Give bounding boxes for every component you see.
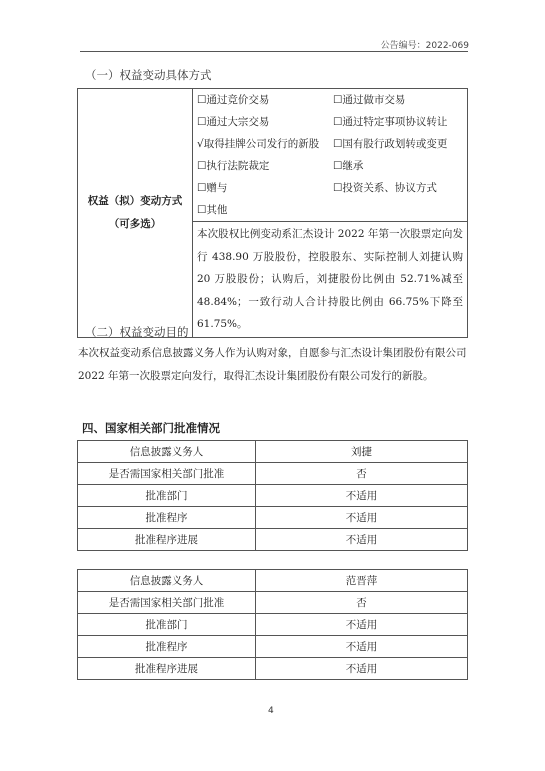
table-row: 是否需国家相关部门批准否	[78, 592, 468, 614]
row-value: 不适用	[256, 636, 468, 658]
change-description: 本次股权比例变动系汇杰设计 2022 年第一次股票定向发行 438.90 万股股…	[193, 222, 468, 338]
option-block-trade[interactable]: ☐通过大宗交易	[197, 111, 333, 133]
checkmark-icon: √	[197, 138, 204, 150]
table-row: 批准程序不适用	[78, 636, 468, 658]
row-key: 信息披露义务人	[78, 441, 256, 463]
row-key: 批准程序进展	[78, 658, 256, 680]
table-row: 批准程序进展不适用	[78, 529, 468, 551]
change-method-label: 权益（拟）变动方式 （可多选）	[78, 89, 193, 338]
row-key: 批准程序	[78, 507, 256, 529]
section-2-title: （二）权益变动目的	[85, 324, 189, 340]
option-label: 通过特定事项协议转让	[342, 116, 447, 128]
option-label: 其他	[206, 204, 227, 216]
row-key: 批准程序进展	[78, 529, 256, 551]
checkbox-icon: ☐	[333, 94, 342, 106]
label-line-1: 权益（拟）变动方式	[79, 190, 191, 213]
section-4-title: 四、国家相关部门批准情况	[82, 420, 220, 436]
checkbox-icon: ☐	[197, 94, 206, 106]
option-label: 取得挂牌公司发行的新股	[204, 138, 320, 150]
option-label: 通过大宗交易	[206, 116, 269, 128]
row-value: 不适用	[256, 507, 468, 529]
row-value: 不适用	[256, 658, 468, 680]
table-row: 批准程序不适用	[78, 507, 468, 529]
checkbox-icon: ☐	[333, 182, 342, 194]
row-key: 信息披露义务人	[78, 570, 256, 592]
page-number: 4	[268, 706, 274, 716]
checkbox-icon: ☐	[333, 160, 342, 172]
header-divider	[80, 51, 468, 52]
option-label: 继承	[342, 160, 363, 172]
option-new-shares[interactable]: √取得挂牌公司发行的新股	[197, 133, 333, 155]
label-line-2: （可多选）	[79, 213, 191, 236]
approval-table-liu-jie: 信息披露义务人刘捷 是否需国家相关部门批准否 批准部门不适用 批准程序不适用 批…	[77, 440, 468, 551]
row-value: 否	[256, 592, 468, 614]
row-key: 批准部门	[78, 614, 256, 636]
checkbox-icon: ☐	[197, 160, 206, 172]
option-agreement-transfer[interactable]: ☐通过特定事项协议转让	[333, 111, 463, 133]
announcement-id: 公告编号：2022-069	[381, 38, 469, 51]
option-state-transfer[interactable]: ☐国有股行政划转或变更	[333, 133, 463, 155]
option-gift[interactable]: ☐赠与	[197, 177, 333, 199]
table-row: 批准程序进展不适用	[78, 658, 468, 680]
section-2-body: 本次权益变动系信息披露义务人作为认购对象，自愿参与汇杰设计集团股份有限公司 20…	[78, 342, 470, 388]
row-value: 不适用	[256, 614, 468, 636]
table-row: 批准部门不适用	[78, 614, 468, 636]
option-court-ruling[interactable]: ☐执行法院裁定	[197, 155, 333, 177]
options-grid: ☐通过竞价交易 ☐通过做市交易 ☐通过大宗交易 ☐通过特定事项协议转让 √取得挂…	[197, 89, 463, 221]
option-label: 国有股行政划转或变更	[342, 138, 447, 150]
checkbox-icon: ☐	[333, 138, 342, 150]
approval-table-fan-jinping: 信息披露义务人范晋萍 是否需国家相关部门批准否 批准部门不适用 批准程序不适用 …	[77, 569, 468, 680]
row-value: 刘捷	[256, 441, 468, 463]
row-key: 批准部门	[78, 485, 256, 507]
option-label: 赠与	[206, 182, 227, 194]
table-row: 批准部门不适用	[78, 485, 468, 507]
checkbox-icon: ☐	[333, 116, 342, 128]
option-label: 通过做市交易	[342, 94, 405, 106]
options-cell: ☐通过竞价交易 ☐通过做市交易 ☐通过大宗交易 ☐通过特定事项协议转让 √取得挂…	[193, 89, 468, 222]
table-row: 信息披露义务人范晋萍	[78, 570, 468, 592]
section-1-title: （一）权益变动具体方式	[85, 67, 212, 83]
row-value: 不适用	[256, 529, 468, 551]
checkbox-icon: ☐	[197, 182, 206, 194]
checkbox-icon: ☐	[197, 204, 206, 216]
option-label: 执行法院裁定	[206, 160, 269, 172]
option-bidding[interactable]: ☐通过竞价交易	[197, 89, 333, 111]
option-inheritance[interactable]: ☐继承	[333, 155, 463, 177]
table-row: 信息披露义务人刘捷	[78, 441, 468, 463]
option-label: 通过竞价交易	[206, 94, 269, 106]
row-value: 范晋萍	[256, 570, 468, 592]
row-key: 批准程序	[78, 636, 256, 658]
checkbox-icon: ☐	[197, 116, 206, 128]
row-key: 是否需国家相关部门批准	[78, 463, 256, 485]
change-method-table: 权益（拟）变动方式 （可多选） ☐通过竞价交易 ☐通过做市交易 ☐通过大宗交易 …	[77, 88, 468, 338]
row-value: 不适用	[256, 485, 468, 507]
option-investment-relation[interactable]: ☐投资关系、协议方式	[333, 177, 463, 199]
option-label: 投资关系、协议方式	[342, 182, 437, 194]
row-key: 是否需国家相关部门批准	[78, 592, 256, 614]
option-market-making[interactable]: ☐通过做市交易	[333, 89, 463, 111]
row-value: 否	[256, 463, 468, 485]
option-other[interactable]: ☐其他	[197, 199, 333, 221]
table-row: 是否需国家相关部门批准否	[78, 463, 468, 485]
